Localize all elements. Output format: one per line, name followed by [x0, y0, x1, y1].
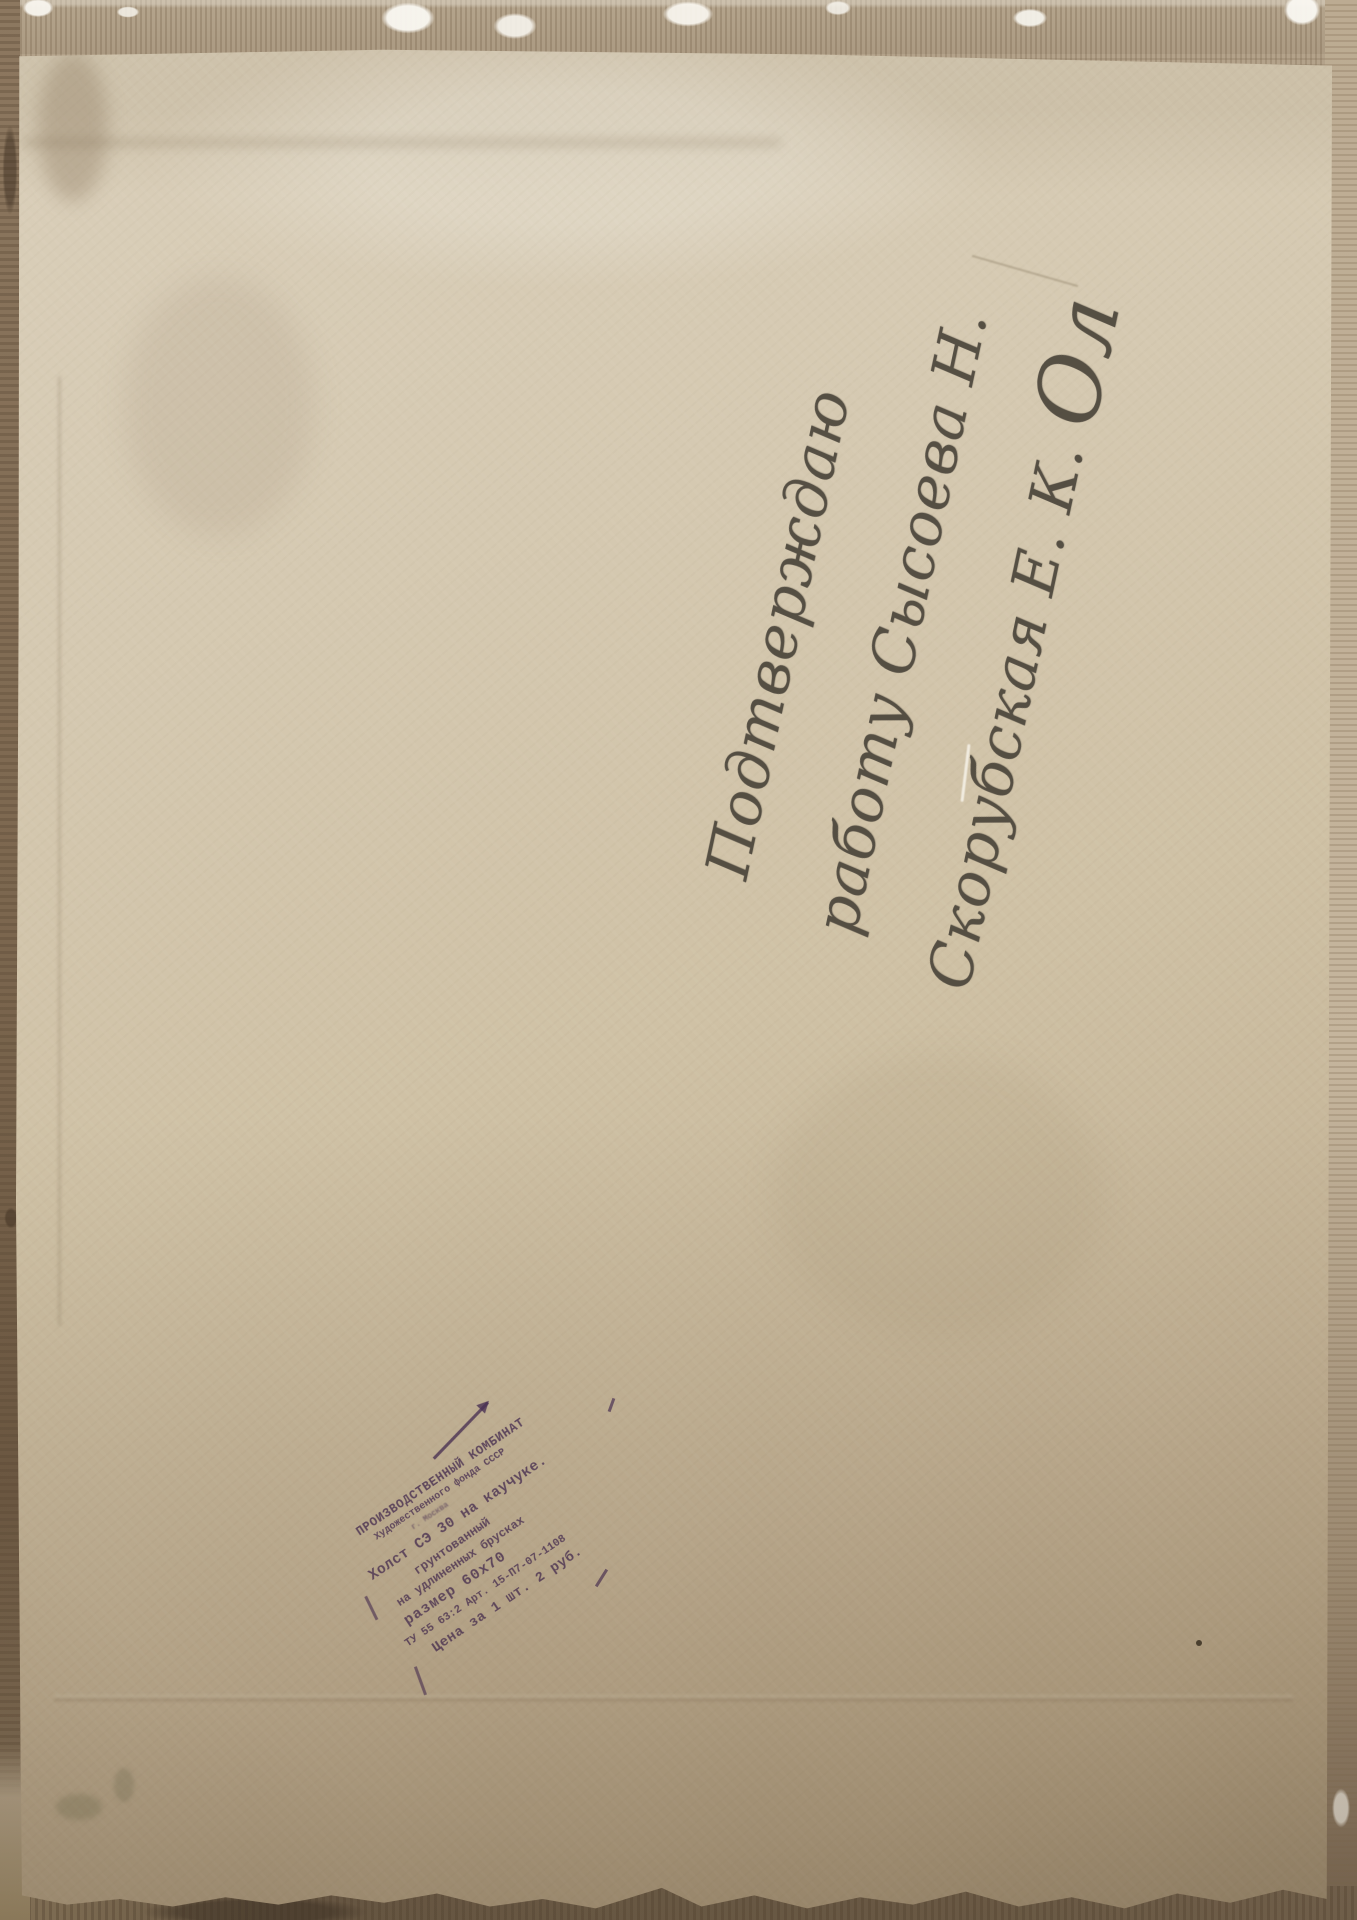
- paper-sheet: Подтверждаю работу Сысоева Н. Скорубская…: [14, 46, 1336, 1914]
- stain-top-left: [38, 52, 108, 202]
- paper-crease-bottom: [54, 1698, 1294, 1701]
- canvas-left-edge: [0, 0, 20, 1920]
- stain-bottom-left-b: [114, 1768, 134, 1802]
- signature-flourish: Ол: [1013, 288, 1140, 435]
- stain-left: [124, 276, 314, 536]
- canvas-top-edge: [0, 0, 1357, 54]
- stain-middle: [774, 1056, 1104, 1336]
- paper-crease-top: [22, 138, 782, 147]
- paper-crease-vertical: [58, 376, 61, 1326]
- stain-bottom-left-a: [56, 1794, 102, 1820]
- artwork-back-photo: Подтверждаю работу Сысоева Н. Скорубская…: [0, 0, 1357, 1920]
- dark-fleck: [1196, 1640, 1202, 1646]
